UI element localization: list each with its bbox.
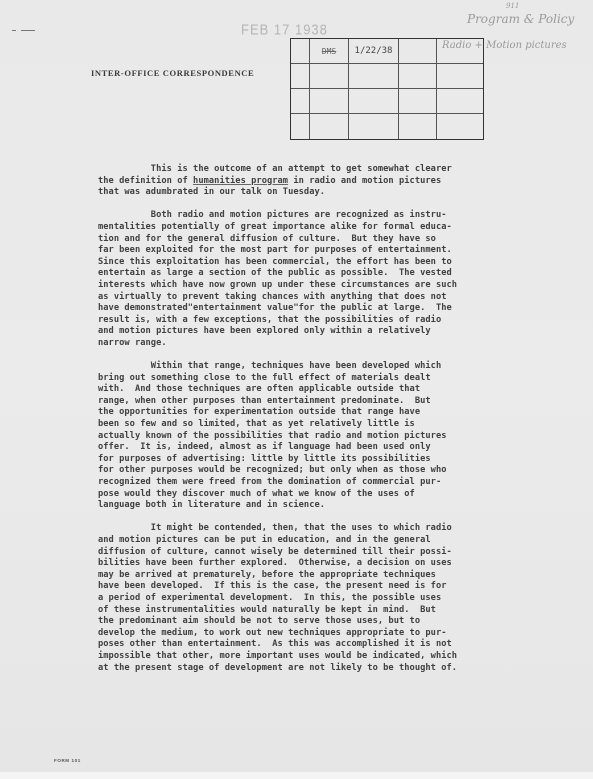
routing-cell bbox=[310, 64, 349, 89]
received-date-stamp: FEB 17 1938 bbox=[241, 21, 328, 38]
routing-cell-text: 1/22/38 bbox=[355, 46, 393, 56]
text-line: with. And those techniques are often app… bbox=[98, 384, 518, 396]
text-line: as virtually to prevent taking chances w… bbox=[98, 292, 518, 304]
text-line: a period of experimental development. In… bbox=[98, 593, 518, 605]
text-line: of these instrumentalities would natural… bbox=[98, 605, 518, 617]
punch-mark bbox=[12, 30, 42, 32]
text-line: and motion pictures have been explored o… bbox=[98, 326, 518, 338]
routing-cell bbox=[291, 114, 310, 139]
routing-cell bbox=[437, 114, 483, 139]
text-line: bring out something close to the full ef… bbox=[98, 373, 518, 385]
text-line: that was adumbrated in our talk on Tuesd… bbox=[98, 187, 518, 199]
text-line: narrow range. bbox=[98, 338, 518, 350]
routing-cell bbox=[437, 39, 483, 64]
text-line: Within that range, techniques have been … bbox=[98, 361, 518, 373]
text-line: at the present stage of development are … bbox=[98, 663, 518, 675]
text-line: may be arrived at prematurely, before th… bbox=[98, 570, 518, 582]
routing-cell bbox=[349, 114, 399, 139]
routing-cell: DMS bbox=[310, 39, 349, 64]
text-line: Both radio and motion pictures are recog… bbox=[98, 210, 518, 222]
text-line: the predominant aim should be not to ser… bbox=[98, 616, 518, 628]
routing-cell-text: DMS bbox=[322, 47, 336, 56]
text-line: range, when other purposes than entertai… bbox=[98, 396, 518, 408]
text-line: the definition of humanities program in … bbox=[98, 176, 518, 188]
memo-paragraph: This is the outcome of an attempt to get… bbox=[98, 164, 518, 199]
text-line: This is the outcome of an attempt to get… bbox=[98, 164, 518, 176]
text-line: actually known of the possibilities that… bbox=[98, 431, 518, 443]
memo-body: This is the outcome of an attempt to get… bbox=[98, 164, 518, 686]
text-line: have demonstrated"entertainment value"fo… bbox=[98, 303, 518, 315]
handwritten-file-number: 911 bbox=[506, 2, 519, 10]
page-edge bbox=[0, 772, 593, 779]
memo-paragraph: It might be contended, then, that the us… bbox=[98, 523, 518, 674]
routing-cell bbox=[399, 39, 437, 64]
text-line: tion and for the general diffusion of cu… bbox=[98, 234, 518, 246]
routing-cell bbox=[349, 64, 399, 89]
text-line: impossible that other, more important us… bbox=[98, 651, 518, 663]
routing-cell bbox=[399, 64, 437, 89]
text-line: poses other than entertainment. As this … bbox=[98, 639, 518, 651]
text-line: It might be contended, then, that the us… bbox=[98, 523, 518, 535]
routing-cell bbox=[437, 64, 483, 89]
text-line: offer. It is, indeed, almost as if langu… bbox=[98, 442, 518, 454]
routing-cell bbox=[291, 39, 310, 64]
routing-cell bbox=[291, 64, 310, 89]
text-line: diffusion of culture, cannot wisely be d… bbox=[98, 547, 518, 559]
text-line: mentalities potentially of great importa… bbox=[98, 222, 518, 234]
routing-cell bbox=[399, 114, 437, 139]
text-line: bilities have been further explored. Oth… bbox=[98, 558, 518, 570]
routing-grid: DMS1/22/38 bbox=[290, 38, 484, 140]
text-line: for other purposes would be recognized; … bbox=[98, 465, 518, 477]
text-line: recognized them were freed from the domi… bbox=[98, 477, 518, 489]
text-line: pose would they discover much of what we… bbox=[98, 489, 518, 501]
handwritten-category: Program & Policy bbox=[467, 12, 574, 26]
memo-paragraph: Within that range, techniques have been … bbox=[98, 361, 518, 512]
routing-cell bbox=[437, 89, 483, 114]
text-line: entertain as large a section of the publ… bbox=[98, 268, 518, 280]
text-line: been so few and so limited, that as yet … bbox=[98, 419, 518, 431]
memo-header-title: INTER-OFFICE CORRESPONDENCE bbox=[91, 68, 254, 78]
form-number: FORM 101 bbox=[54, 758, 81, 763]
routing-cell: 1/22/38 bbox=[349, 39, 399, 64]
memo-page: FEB 17 1938 911 Program & Policy Radio +… bbox=[0, 0, 593, 774]
text-line: language both in literature and in scien… bbox=[98, 500, 518, 512]
text-line: far been exploited for the most part for… bbox=[98, 245, 518, 257]
text-line: the opportunities for experimentation ou… bbox=[98, 407, 518, 419]
routing-cell bbox=[310, 114, 349, 139]
text-line: Since this exploitation has been commerc… bbox=[98, 257, 518, 269]
routing-cell bbox=[310, 89, 349, 114]
text-line: result is, with a few exceptions, that t… bbox=[98, 315, 518, 327]
routing-cell bbox=[349, 89, 399, 114]
text-line: and motion pictures can be put in educat… bbox=[98, 535, 518, 547]
text-line: for purposes of advertising: little by l… bbox=[98, 454, 518, 466]
text-line: have been developed. If this is the case… bbox=[98, 581, 518, 593]
routing-cell bbox=[399, 89, 437, 114]
memo-paragraph: Both radio and motion pictures are recog… bbox=[98, 210, 518, 349]
text-line: develop the medium, to work out new tech… bbox=[98, 628, 518, 640]
routing-cell bbox=[291, 89, 310, 114]
text-line: interests which have now grown up under … bbox=[98, 280, 518, 292]
